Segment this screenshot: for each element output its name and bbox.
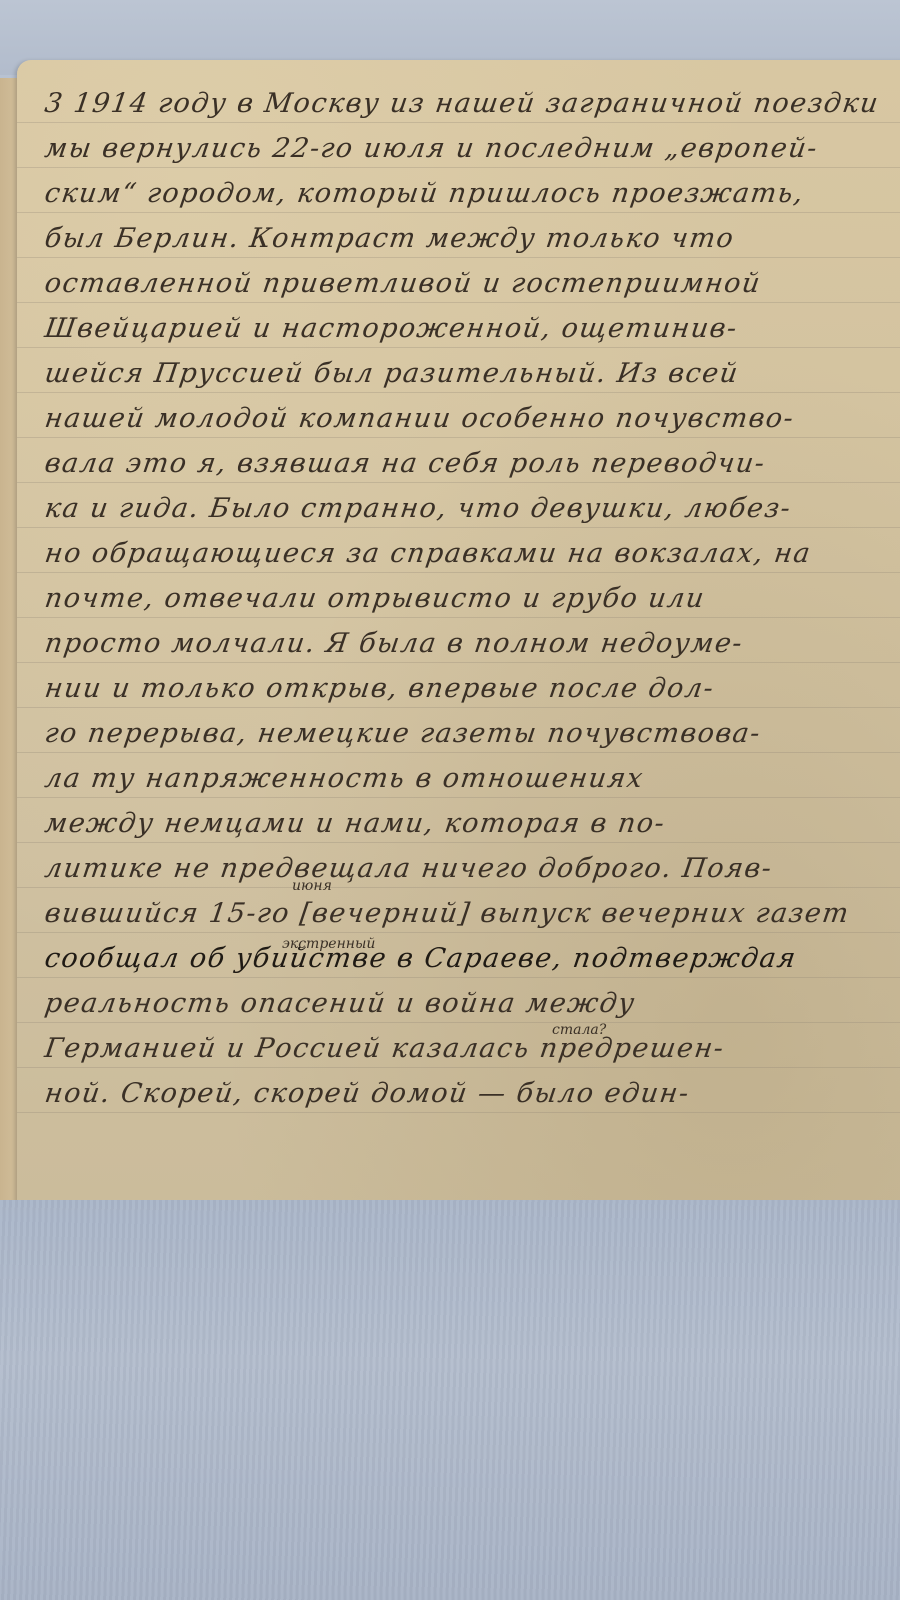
ruled-line <box>17 1067 900 1068</box>
ruled-line <box>17 257 900 258</box>
text-line: Германией и Россией казалась предрешен- <box>43 1033 727 1064</box>
ruled-line <box>17 932 900 933</box>
text-line: почте, отвечали отрывисто и грубо или <box>43 583 707 614</box>
ruled-line <box>17 482 900 483</box>
ruled-line <box>17 707 900 708</box>
text-line: литике не предвещала ничего доброго. Поя… <box>43 853 775 884</box>
ruled-line <box>17 437 900 438</box>
background-cloth-bottom <box>0 1200 900 1600</box>
manuscript-page: 3 1914 году в Москву из нашей загранично… <box>17 60 900 1203</box>
text-line: был Берлин. Контраст между только что <box>43 223 737 254</box>
text-line: просто молчали. Я была в полном недоуме- <box>43 628 745 659</box>
ruled-line <box>17 977 900 978</box>
text-line: 3 1914 году в Москву из нашей загранично… <box>43 88 881 119</box>
annotation-above: июня <box>292 878 332 894</box>
ruled-line <box>17 212 900 213</box>
text-line: но обращающиеся за справками на вокзалах… <box>43 538 814 569</box>
ruled-line <box>17 617 900 618</box>
text-line: го перерыва, немецкие газеты почувствова… <box>43 718 763 749</box>
ruled-line <box>17 122 900 123</box>
ruled-line <box>17 347 900 348</box>
ruled-line <box>17 302 900 303</box>
text-line: мы вернулись 22-го июля и последним „евр… <box>43 133 820 164</box>
ruled-line <box>17 1112 900 1113</box>
text-line: сообщал об убийстве в Сараеве, подтвержд… <box>43 943 799 974</box>
ruled-line <box>17 167 900 168</box>
text-line: ским“ городом, который пришлось проезжат… <box>43 178 806 209</box>
ruled-line <box>17 887 900 888</box>
ruled-line <box>17 842 900 843</box>
text-line: Швейцарией и настороженной, ощетинив- <box>43 313 740 344</box>
ruled-line <box>17 797 900 798</box>
text-line: шейся Пруссией был разительный. Из всей <box>43 358 741 389</box>
ruled-line <box>17 392 900 393</box>
text-line: между немцами и нами, которая в по- <box>43 808 668 839</box>
text-line: ка и гида. Было странно, что девушки, лю… <box>43 493 794 524</box>
ruled-line <box>17 572 900 573</box>
ruled-line <box>17 527 900 528</box>
text-line: вившийся 15-го [вечерний] выпуск вечерни… <box>43 898 852 929</box>
text-line: ла ту напряженность в отношениях <box>43 763 646 794</box>
text-line: реальность опасений и война между <box>43 988 638 1019</box>
ruled-line <box>17 662 900 663</box>
text-line: нии и только открыв, впервые после дол- <box>43 673 717 704</box>
ruled-line <box>17 752 900 753</box>
text-line: вала это я, взявшая на себя роль перевод… <box>43 448 768 479</box>
text-line: оставленной приветливой и гостеприимной <box>43 268 763 299</box>
text-line: ной. Скорей, скорей домой — было един- <box>43 1078 692 1109</box>
ruled-line <box>17 1022 900 1023</box>
text-line: нашей молодой компании особенно почувств… <box>43 403 797 434</box>
